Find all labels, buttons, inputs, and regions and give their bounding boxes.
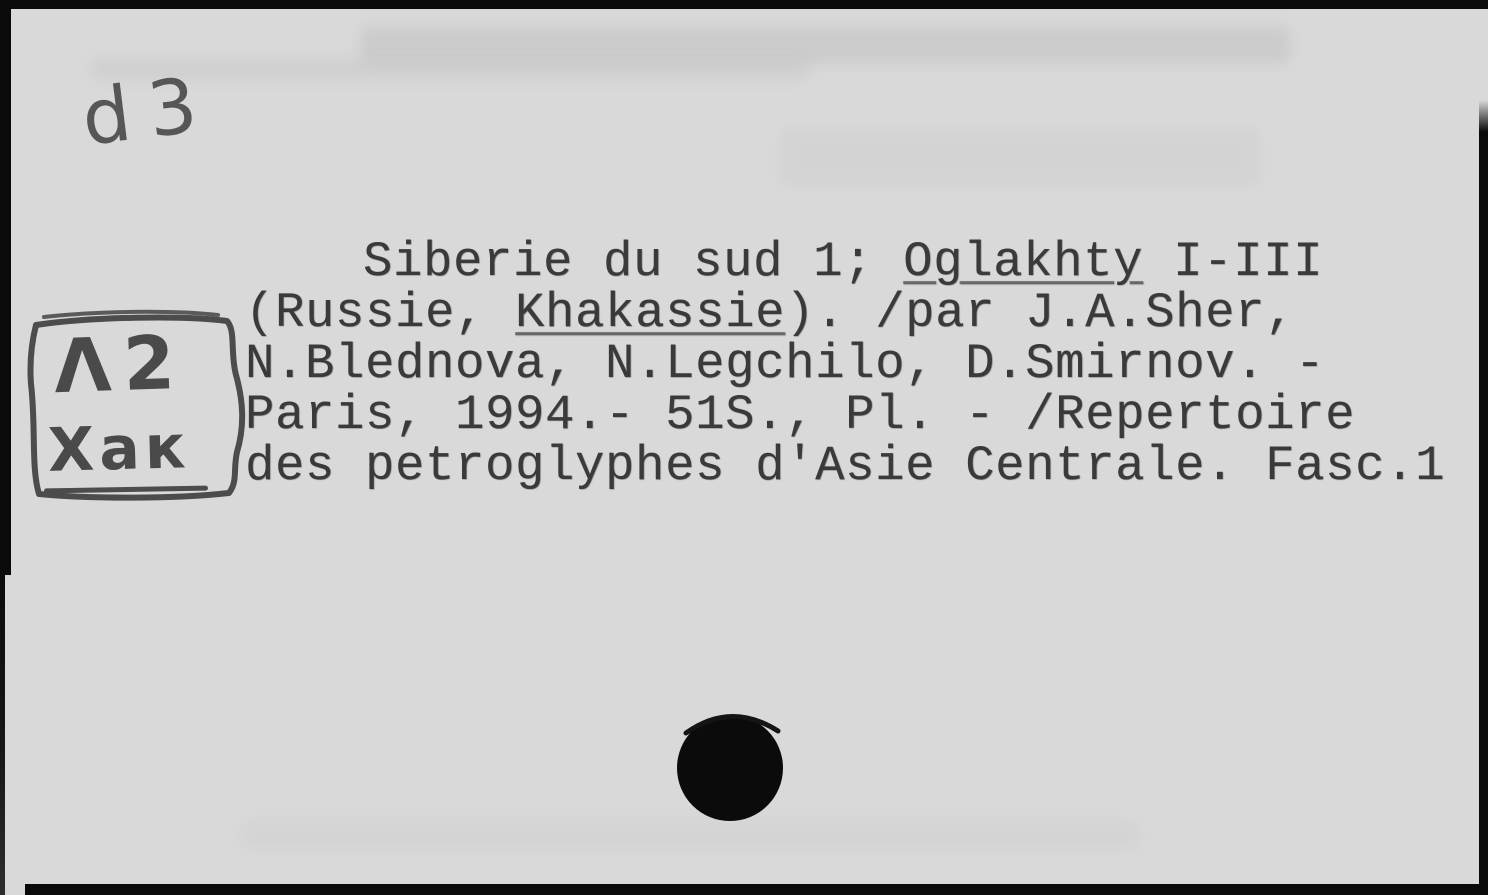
call-number-underline [44, 486, 208, 494]
underlined-term: Khakassie [515, 285, 785, 341]
handwritten-code-d3: d3 [77, 58, 219, 162]
call-number-line1: Λ2 [53, 320, 189, 411]
typed-line: des petroglyphes d'Asie Centrale. Fasc.1 [245, 441, 1475, 492]
call-number-line2: Хак [47, 412, 191, 486]
typed-line: N.Blednova, N.Legchilo, D.Smirnov. - [245, 339, 1475, 390]
punch-hole-rim [686, 716, 778, 733]
scan-smudge [780, 128, 1260, 186]
typed-text: N.Blednova, N.Legchilo, D.Smirnov. - [245, 336, 1325, 392]
typed-line: (Russie, Khakassie). /par J.A.Sher, [245, 288, 1475, 339]
typed-line: Paris, 1994.- 51S., Pl. - /Repertoire [245, 390, 1475, 441]
typed-text: ). /par J.A.Sher, [785, 285, 1295, 341]
typed-text: des petroglyphes d'Asie Centrale. Fasc.1 [245, 438, 1445, 494]
typed-text: Paris, 1994.- 51S., Pl. - /Repertoire [245, 387, 1355, 443]
scan-edge-top [0, 0, 1488, 9]
underlined-term: Oglakhty [903, 234, 1143, 290]
typed-line: Siberie du sud 1; Oglakhty I-III [245, 237, 1475, 288]
typed-text: (Russie, [245, 285, 515, 341]
typed-text-block: Siberie du sud 1; Oglakhty I-III(Russie,… [245, 237, 1475, 492]
scan-edge-left [0, 0, 11, 575]
typed-text: Siberie du sud 1; [363, 234, 903, 290]
typed-text: I-III [1143, 234, 1323, 290]
scan-edge-right [1479, 100, 1488, 895]
scan-smudge [360, 26, 1290, 64]
punch-hole [677, 715, 783, 821]
call-number-box-topline [44, 312, 218, 317]
catalog-card-scan: d3 Siberie du sud 1; Oglakhty I-III(Russ… [0, 0, 1488, 895]
scan-smudge [240, 820, 1140, 850]
scan-edge-bottom [25, 884, 1488, 895]
scan-edge-left-lower [0, 560, 5, 895]
